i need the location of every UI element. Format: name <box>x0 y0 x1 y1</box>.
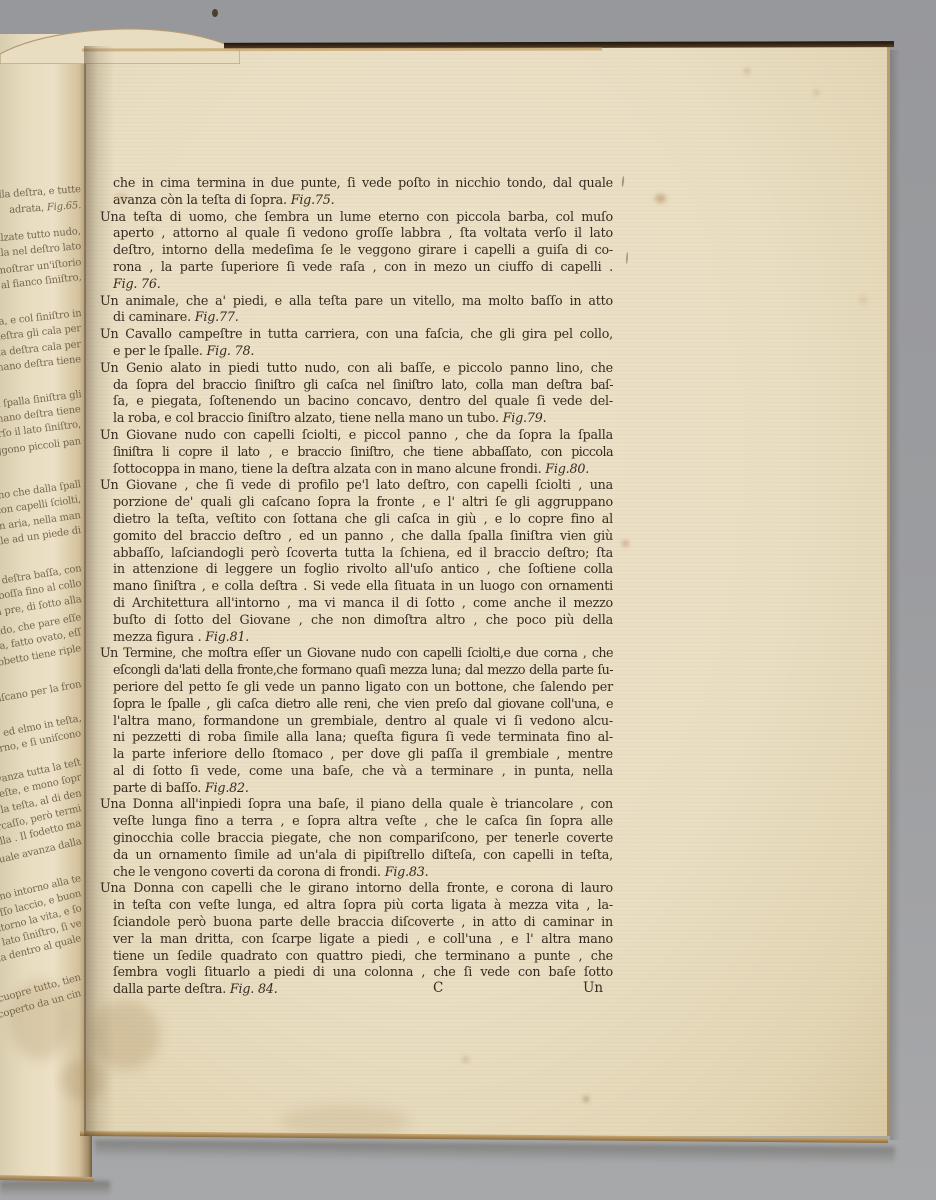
text-line: ſa, e piegata, ſoſtenendo un bacino conc… <box>100 393 613 410</box>
text-line: Un Cavallo campeſtre in tutta carriera, … <box>100 326 613 343</box>
text-line: ginocchia colle braccia piegate, che non… <box>100 830 613 847</box>
text-line: e per le ſpalle. Fig. 78. <box>100 343 613 360</box>
text-line: gomito del braccio deſtro , ed un panno … <box>100 528 613 545</box>
text-line: abbaſſo, laſciandogli però ſcoverta tutt… <box>100 545 613 562</box>
signature-mark: C <box>433 980 443 997</box>
dust-speck <box>212 9 218 17</box>
text-line: eſcongli da'lati della fronte,che forman… <box>100 662 613 679</box>
text-line: di Architettura all'intorno , ma vi manc… <box>100 595 613 612</box>
text-line: porzione de' quali gli caſcano ſopra la … <box>100 494 613 511</box>
page-shadow <box>95 1140 895 1165</box>
text-line: veſte lunga fino a terra , e ſopra altra… <box>100 813 613 830</box>
text-line: Un Giovane nudo con capelli ſciolti, e p… <box>100 427 613 444</box>
text-line: tiene un ſedile quadrato con quattro pie… <box>100 948 613 965</box>
text-line: mano ſiniſtra , e colla deſtra . Si vede… <box>100 578 613 595</box>
book-photo: nde colla deſtra, e tutteadrata, Fig.65.… <box>0 0 936 1200</box>
text-line: ver la man dritta, con ſcarpe ligate a p… <box>100 931 613 948</box>
text-line: parte di baſſo. Fig.82. <box>100 780 613 797</box>
text-line: di caminare. Fig.77. <box>100 309 613 326</box>
text-line: ſottocoppa in mano, tiene la deſtra alza… <box>100 461 613 478</box>
text-line: ni pezzetti di roba ſimile alla lana; qu… <box>100 729 613 746</box>
text-line: ſciandole però buona parte delle braccia… <box>100 914 613 931</box>
text-line: Un Giovane , che ſi vede di profilo pe'l… <box>100 477 613 494</box>
text-line: ſiniſtra li copre il lato , e braccio ſi… <box>100 444 613 461</box>
text-line: Una teſta di uomo, che ſembra un lume et… <box>100 209 613 226</box>
text-line: in attenzione di leggere un foglio rivol… <box>100 561 613 578</box>
text-line: che in cima termina in due punte, ſi ved… <box>100 175 613 192</box>
edge-text-fragment: li caſcano per la fron <box>0 679 82 707</box>
text-line: rona , la parte ſuperiore ſi vede raſa ,… <box>100 259 613 276</box>
text-line: buſto di ſotto del Giovane , che non dim… <box>100 612 613 629</box>
text-line: deſtro, intorno della medeſima ſe le veg… <box>100 242 613 259</box>
text-line: mezza figura . Fig.81. <box>100 629 613 646</box>
catchword: Un <box>583 980 603 997</box>
edge-text-fragment: ſi veggono piccoli pan <box>0 436 82 460</box>
stack-shadow <box>0 1181 110 1197</box>
text-line: da un ornamento ſimile ad un'ala di pipi… <box>100 847 613 864</box>
edge-text-fragment: giata al fianco ſiniſtro, <box>0 272 82 294</box>
text-line: ſembra vogli ſituarlo a piedi di una col… <box>100 964 613 981</box>
text-line: ſopra le ſpalle , gli caſca dietro alle … <box>100 696 613 713</box>
text-line: Una Donna con capelli che le girano into… <box>100 880 613 897</box>
edge-text-fragment: adrata, Fig.65. <box>9 200 82 216</box>
previous-page-edge: nde colla deſtra, e tutteadrata, Fig.65.… <box>0 34 92 1180</box>
page-text-block: che in cima termina in due punte, ſi ved… <box>100 175 613 998</box>
text-line: avanza còn la teſta di ſopra. Fig.75. <box>100 192 613 209</box>
text-line: dalla parte deſtra. Fig. 84. <box>100 981 613 998</box>
text-line: la parte inferiore dello ſtomaco , per d… <box>100 746 613 763</box>
text-line: che le vengono coverti da corona di fron… <box>100 864 613 881</box>
text-line: da ſopra del braccio ſiniſtro gli caſca … <box>100 377 613 394</box>
page-curl <box>0 20 240 64</box>
text-line: al di ſotto ſi vede, come una baſe, che … <box>100 763 613 780</box>
text-line: Un Genio alato in piedi tutto nudo, con … <box>100 360 613 377</box>
page-shadow-right <box>890 50 900 1140</box>
text-line: Un Termine, che moſtra eſſer un Giovane … <box>100 645 613 662</box>
page-right-edge <box>887 46 890 1136</box>
text-line: Una Donna all'inpiedi ſopra una baſe, il… <box>100 796 613 813</box>
text-line: periore del petto ſe gli vede un panno l… <box>100 679 613 696</box>
text-line: Fig. 76. <box>100 276 613 293</box>
text-line: aperto , attorno al quale ſi vedono groſ… <box>100 225 613 242</box>
text-line: dietro la teſta, veſtito con ſottana che… <box>100 511 613 528</box>
text-line: la roba, e col braccio ſiniſtro alzato, … <box>100 410 613 427</box>
text-line: in teſta con veſte lunga, ed altra ſopra… <box>100 897 613 914</box>
text-line: l'altra mano, formandone un grembiale, d… <box>100 713 613 730</box>
text-line: Un animale, che a' piedi, e alla teſta p… <box>100 293 613 310</box>
